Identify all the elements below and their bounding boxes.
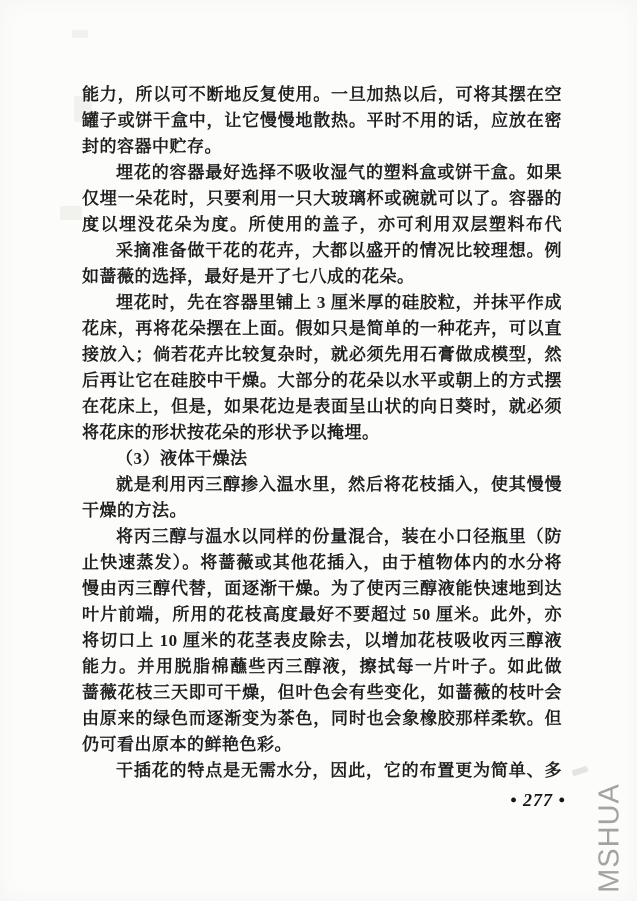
scan-artifact xyxy=(72,30,88,38)
text-line: 仍可看出原本的鲜艳色彩。 xyxy=(82,732,562,758)
text-line: 慢由丙三醇代替，面逐渐干燥。为了使丙三醇液能快速地到达 xyxy=(82,576,562,602)
scanned-book-page: 能力，所以可不断地反复使用。一旦加热以后，可将其摆在空 罐子或饼干盒中，让它慢慢… xyxy=(0,0,637,901)
text-line: 将花床的形状按花朵的形状予以掩埋。 xyxy=(82,420,562,446)
text-line: 止快速蒸发）。将蔷薇或其他花插入，由于植物体内的水分将慢 xyxy=(82,550,562,576)
text-line: 仅埋一朵花时，只要利用一只大玻璃杯或碗就可以了。容器的深 xyxy=(82,186,562,212)
text-line: 接放入；倘若花卉比较复杂时，就必须先用石膏做成模型，然 xyxy=(82,342,562,368)
text-line: 将丙三醇与温水以同样的份量混合，装在小口径瓶里（防 xyxy=(82,524,562,550)
text-line: 干燥的方法。 xyxy=(82,498,562,524)
text-line: 干插花的特点是无需水分，因此，它的布置更为简单、多 xyxy=(82,758,562,784)
text-line: 将切口上 10 厘米的花茎表皮除去，以增加花枝吸收丙三醇液的 xyxy=(82,628,562,654)
page-text: 能力，所以可不断地反复使用。一旦加热以后，可将其摆在空 罐子或饼干盒中，让它慢慢… xyxy=(82,82,562,784)
text-line: 度以埋没花朵为度。所使用的盖子，亦可利用双层塑料布代替。 xyxy=(82,212,562,238)
watermark-text: MSHUA xyxy=(594,783,627,893)
section-heading: （3）液体干燥法 xyxy=(82,446,562,472)
text-line: 叶片前端，所用的花枝高度最好不要超过 50 厘米。此外，亦须 xyxy=(82,602,562,628)
text-line: 罐子或饼干盒中，让它慢慢地散热。平时不用的话，应放在密 xyxy=(82,108,562,134)
text-line: 就是利用丙三醇掺入温水里，然后将花枝插入，使其慢慢 xyxy=(82,472,562,498)
text-line: 如蔷薇的选择，最好是开了七八成的花朵。 xyxy=(82,264,562,290)
scan-artifact xyxy=(60,206,82,220)
scan-artifact xyxy=(571,766,588,777)
text-line: 能力，所以可不断地反复使用。一旦加热以后，可将其摆在空 xyxy=(82,82,562,108)
page-number: • 277 • xyxy=(498,790,578,811)
text-line: 能力。并用脱脂棉蘸些丙三醇液，擦拭每一片叶子。如此做法， xyxy=(82,654,562,680)
text-line: 花床，再将花朵摆在上面。假如只是简单的一种花卉，可以直 xyxy=(82,316,562,342)
text-line: 埋花的容器最好选择不吸收湿气的塑料盒或饼干盒。如果 xyxy=(82,160,562,186)
text-line: 在花床上，但是，如果花边是表面呈山状的向日葵时，就必须 xyxy=(82,394,562,420)
text-line: 封的容器中贮存。 xyxy=(82,134,562,160)
text-line: 由原来的绿色而逐渐变为茶色，同时也会象橡胶那样柔软。但 xyxy=(82,706,562,732)
text-line: 采摘准备做干花的花卉，大都以盛开的情况比较理想。例 xyxy=(82,238,562,264)
text-line: 埋花时，先在容器里铺上 3 厘米厚的硅胶粒，并抹平作成 xyxy=(82,290,562,316)
text-line: 蔷薇花枝三天即可干燥，但叶色会有些变化，如蔷薇的枝叶会 xyxy=(82,680,562,706)
text-line: 后再让它在硅胶中干燥。大部分的花朵以水平或朝上的方式摆 xyxy=(82,368,562,394)
